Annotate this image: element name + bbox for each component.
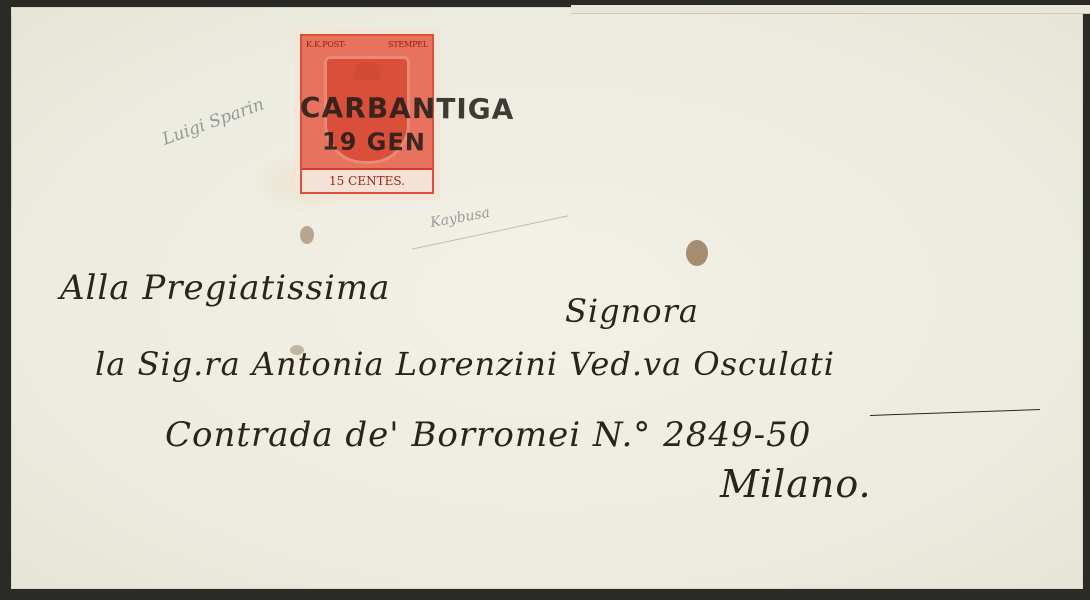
ink-blot [300, 226, 314, 244]
address-line-1b: Signora [565, 292, 699, 330]
stamp-text-right: STEMPEL [388, 40, 428, 54]
stamp-header: K.K.POST- STEMPEL [306, 40, 428, 54]
top-fold [571, 5, 1090, 14]
postmark-town: CARBANTIGA [300, 91, 515, 126]
ink-blot [686, 240, 708, 266]
address-line-3: Contrada de' Borromei N.° 2849-50 [165, 415, 811, 455]
stamp-text-left: K.K.POST- [306, 40, 346, 54]
stamp-value: 15 CENTES. [302, 168, 432, 192]
postmark-date: 19 GEN [322, 128, 426, 157]
crown-icon [354, 62, 380, 80]
address-line-2: la Sig.ra Antonia Lorenzini Ved.va Oscul… [95, 345, 835, 383]
fold-edge [11, 15, 12, 205]
address-line-1: Alla Pregiatissima [60, 268, 390, 308]
address-city: Milano. [720, 462, 872, 506]
